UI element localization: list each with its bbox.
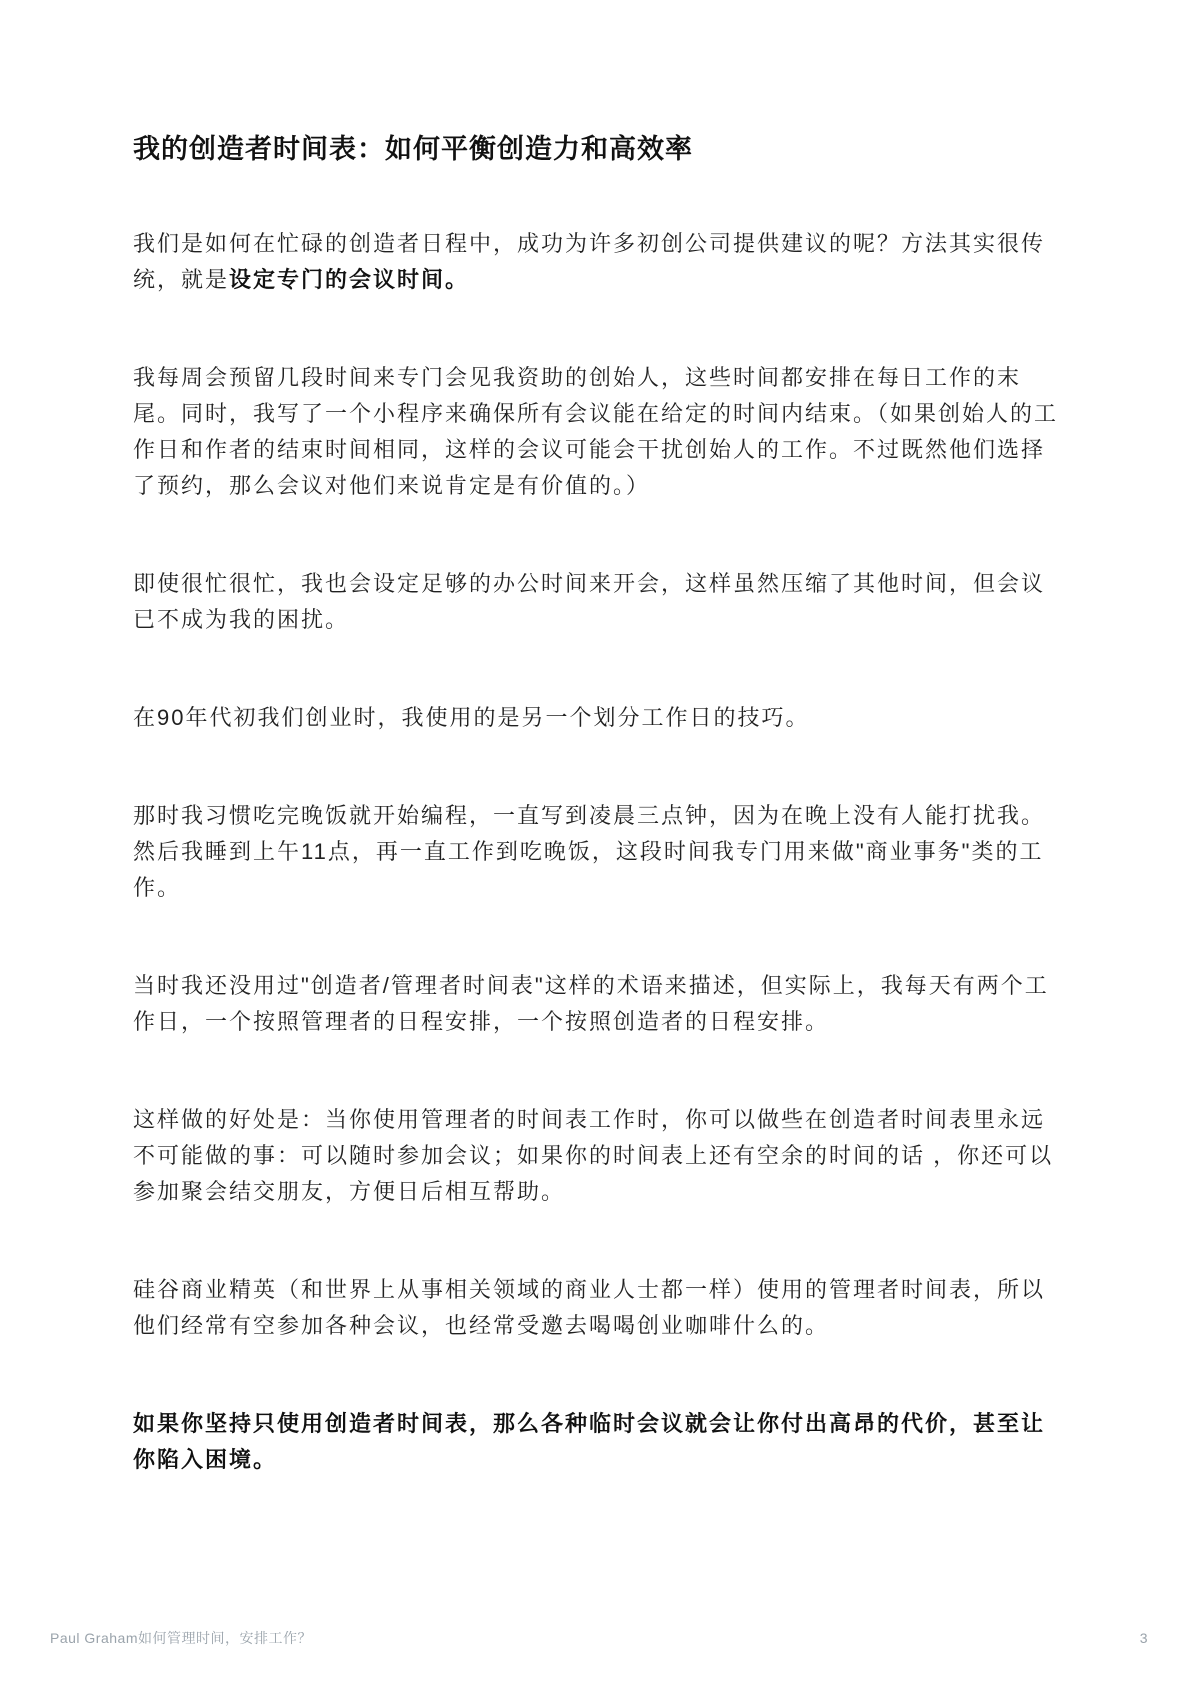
paragraph-2: 我每周会预留几段时间来专门会见我资助的创始人，这些时间都安排在每日工作的末尾。同… (133, 360, 1068, 504)
paragraph-4: 在90年代初我们创业时，我使用的是另一个划分工作日的技巧。 (133, 700, 1068, 736)
page-number: 3 (1140, 1630, 1148, 1646)
footer-document-title: Paul Graham如何管理时间，安排工作？ (50, 1628, 312, 1648)
paragraph-8: 硅谷商业精英（和世界上从事相关领域的商业人士都一样）使用的管理者时间表，所以他们… (133, 1272, 1068, 1344)
document-page: 我的创造者时间表：如何平衡创造力和高效率 我们是如何在忙碌的创造者日程中，成功为… (0, 0, 1200, 1698)
paragraph-1-bold-text: 设定专门的会议时间。 (229, 267, 469, 292)
paragraph-6: 当时我还没用过"创造者/管理者时间表"这样的术语来描述，但实际上，我每天有两个工… (133, 968, 1068, 1040)
paragraph-9: 如果你坚持只使用创造者时间表，那么各种临时会议就会让你付出高昂的代价，甚至让你陷… (133, 1406, 1068, 1478)
paragraph-1: 我们是如何在忙碌的创造者日程中，成功为许多初创公司提供建议的呢？方法其实很传统，… (133, 226, 1068, 298)
paragraph-7: 这样做的好处是：当你使用管理者的时间表工作时，你可以做些在创造者时间表里永远不可… (133, 1102, 1068, 1210)
paragraph-3: 即使很忙很忙，我也会设定足够的办公时间来开会，这样虽然压缩了其他时间，但会议已不… (133, 566, 1068, 638)
page-title: 我的创造者时间表：如何平衡创造力和高效率 (133, 130, 1068, 168)
paragraph-5: 那时我习惯吃完晚饭就开始编程，一直写到凌晨三点钟，因为在晚上没有人能打扰我。然后… (133, 798, 1068, 906)
page-footer: Paul Graham如何管理时间，安排工作？ 3 (50, 1628, 1148, 1648)
